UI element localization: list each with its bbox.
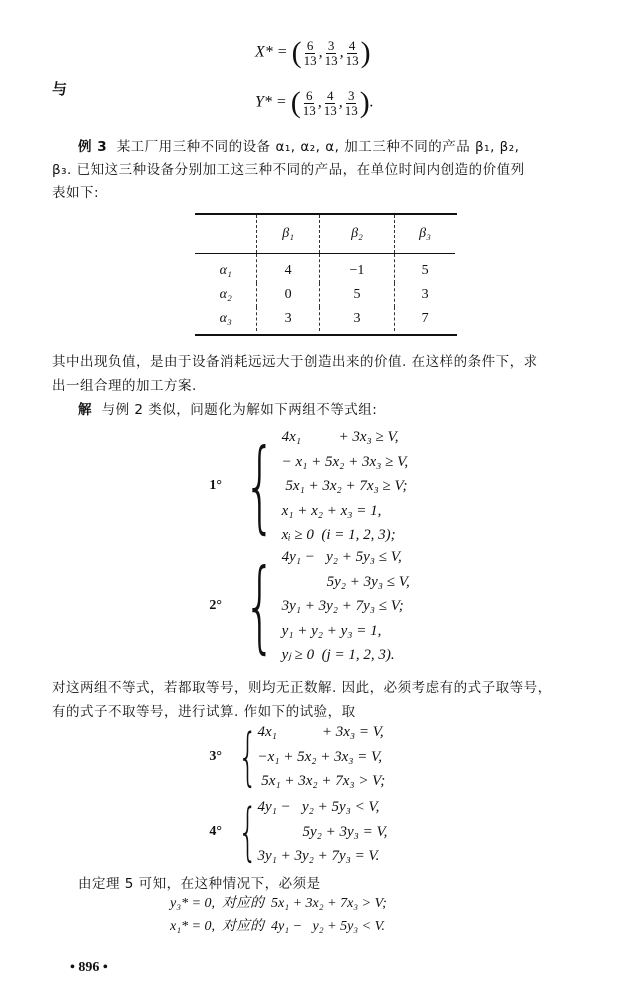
trial-system-3: 3° { 4x₁ + 3x₃ = V, −x₁ + 5x₂ + 3x₃ = V,… [192,720,385,794]
table-cell: 5 [319,283,394,307]
table-cell: 3 [319,307,394,331]
paragraph-line: 其中出现负值，是由于设备消耗远远大于创造出来的价值. 在这样的条件下，求 [52,350,622,374]
equation: 4x₁ + 3x₃ ≥ V, [282,425,408,450]
fraction: 413 [324,89,337,118]
table-cell: 0 [257,283,319,307]
x-star-label: X* = [255,44,292,61]
conclusions: y₃* = 0, 对应的 5x₁ + 3x₂ + 7x₃ > V; x₁* = … [170,892,387,938]
solution-text: 与例 2 类似，问题化为解如下两组不等式组: [102,402,378,418]
explanation-paragraph: 其中出现负值，是由于设备消耗远远大于创造出来的价值. 在这样的条件下，求 出一组… [52,350,622,422]
system-label: 4° [192,824,222,840]
fraction: 313 [345,89,358,118]
left-brace-icon: { [244,436,276,536]
table-header-cell: β₃ [395,215,455,254]
equation: 5x₁ + 3x₂ + 7x₃ ≥ V; [282,474,408,499]
table-header-cell: β₁ [257,215,319,254]
x-star-formula: X* = (613,313,413) [255,36,371,70]
equation: x₁ + x₂ + x₃ = 1, [282,499,408,524]
trial-system-4: 4° { 4y₁ − y₂ + 5y₃ < V, 5y₂ + 3y₃ = V, … [192,795,387,869]
paragraph-line: 对这两组不等式，若都取等号，则均无正数解. 因此，必须考虑有的式子取等号， [52,676,622,700]
equation: − x₁ + 5x₂ + 3x₃ ≥ V, [282,450,408,475]
trial-paragraph: 对这两组不等式，若都取等号，则均无正数解. 因此，必须考虑有的式子取等号， 有的… [52,676,622,724]
table-cell: α₁ [195,254,257,284]
theorem-line: 由定理 5 可知，在这种情况下，必须是 [78,872,321,892]
table-row: α₂ 0 5 3 [195,283,455,307]
y-star-label: Y* = [255,94,291,111]
fraction: 313 [325,39,338,68]
left-brace-icon: { [238,726,258,788]
left-brace-icon: { [244,556,276,656]
fraction: 613 [303,89,316,118]
table-header-cell: β₂ [319,215,394,254]
table-cell: −1 [319,254,394,284]
equation: xᵢ ≥ 0 (i = 1, 2, 3); [282,523,408,548]
table-cell: 5 [395,254,455,284]
table-header-cell [195,215,257,254]
table-cell: 3 [257,307,319,331]
table-cell: 4 [257,254,319,284]
system-label: 3° [192,749,222,765]
conclusion-line: y₃* = 0, 对应的 5x₁ + 3x₂ + 7x₃ > V; [170,892,387,915]
table-cell: α₃ [195,307,257,331]
equation: 4y₁ − y₂ + 5y₃ < V, [257,795,387,820]
equation: 5x₁ + 3x₂ + 7x₃ > V; [257,769,385,794]
fraction: 413 [346,39,359,68]
inequality-system-1: 1° { 4x₁ + 3x₃ ≥ V, − x₁ + 5x₂ + 3x₃ ≥ V… [192,425,408,548]
table-row: α₃ 3 3 7 [195,307,455,331]
equation: yⱼ ≥ 0 (j = 1, 2, 3). [282,643,410,668]
conclusion-line: x₁* = 0, 对应的 4y₁ − y₂ + 5y₃ < V. [170,915,387,938]
equation: −x₁ + 5x₂ + 3x₃ = V, [257,745,385,770]
system-label: 2° [192,598,222,614]
system-label: 1° [192,478,222,494]
solution-title: 解 [78,402,92,418]
value-table: β₁ β₂ β₃ α₁ 4 −1 5 α₂ 0 5 3 α₃ 3 3 7 [195,215,455,331]
equation: 4x₁ + 3x₃ = V, [257,720,385,745]
fraction: 613 [304,39,317,68]
paragraph-line: 出一组合理的加工方案. [52,374,622,398]
equation: 3y₁ + 3y₂ + 7y₃ = V. [257,844,387,869]
example-line-3: 表如下: [52,182,612,205]
table-cell: 7 [395,307,455,331]
conjunction: 与 [52,78,68,99]
equation: 5y₂ + 3y₃ ≤ V, [282,570,410,595]
equation: 5y₂ + 3y₃ = V, [257,820,387,845]
equation: 3y₁ + 3y₂ + 7y₃ ≤ V; [282,594,410,619]
table-header-row: β₁ β₂ β₃ [195,215,455,254]
inequality-system-2: 2° { 4y₁ − y₂ + 5y₃ ≤ V, 5y₂ + 3y₃ ≤ V, … [192,545,410,668]
example-paragraph: 例 3 某工厂用三种不同的设备 α₁, α₂, α, 加工三种不同的产品 β₁,… [52,136,612,205]
table-cell: α₂ [195,283,257,307]
equation: 4y₁ − y₂ + 5y₃ ≤ V, [282,545,410,570]
left-brace-icon: { [238,801,258,863]
example-line-2: β₃. 已知这三种设备分别加工这三种不同的产品，在单位时间内创造的价值列 [52,159,612,182]
y-star-formula: Y* = (613,413,313). [255,86,374,120]
page-number: • 896 • [70,960,108,976]
equation: y₁ + y₂ + y₃ = 1, [282,619,410,644]
example-title: 例 3 [78,139,107,155]
table-row: α₁ 4 −1 5 [195,254,455,284]
example-line-1: 某工厂用三种不同的设备 α₁, α₂, α, 加工三种不同的产品 β₁, β₂, [117,139,520,155]
table-bottom-rule [195,334,457,336]
table-cell: 3 [395,283,455,307]
